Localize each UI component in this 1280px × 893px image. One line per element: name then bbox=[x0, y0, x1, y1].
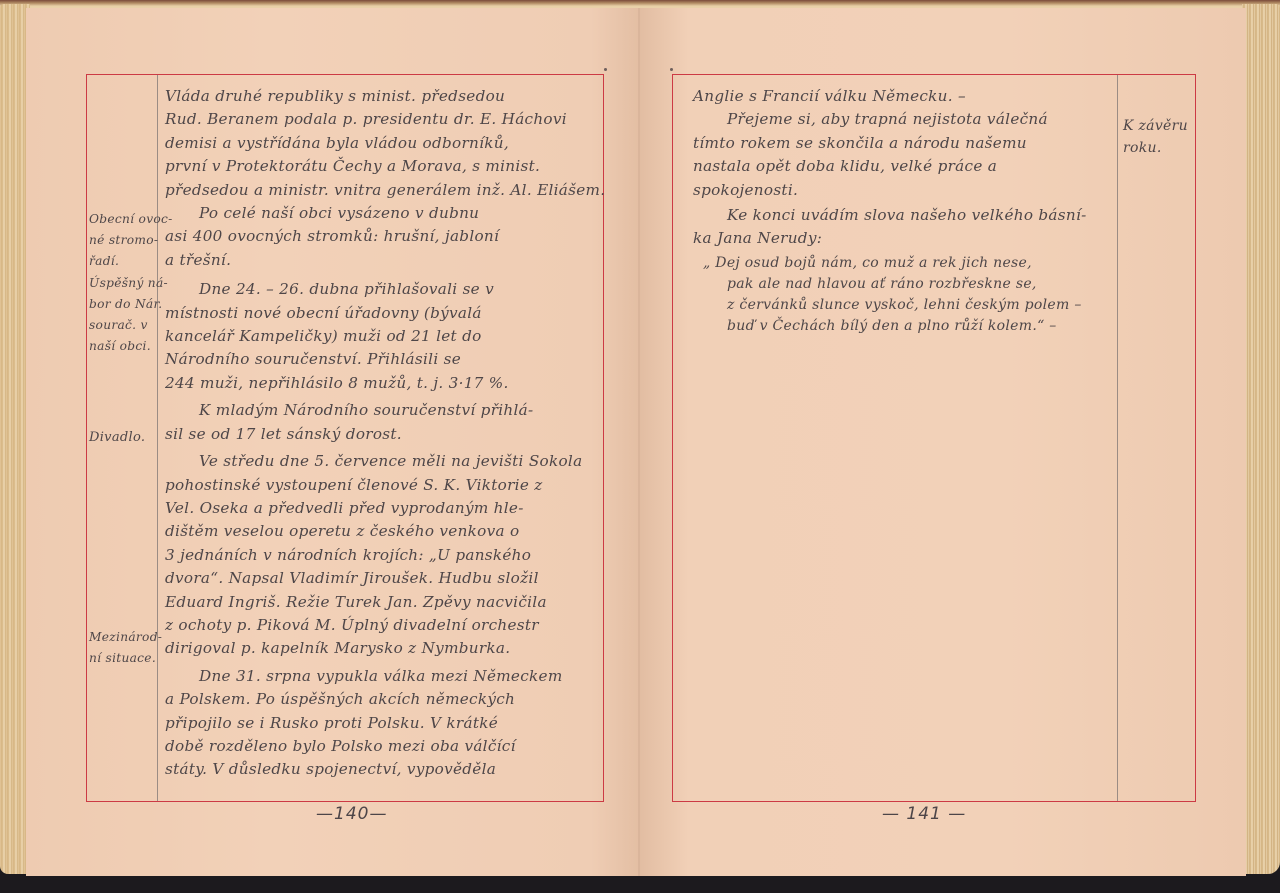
text-line: Ke konci uvádím slova našeho velkého bás… bbox=[693, 204, 1117, 227]
text-line: Vel. Oseka a předvedli před vyprodaným h… bbox=[165, 497, 605, 520]
text-line: Eduard Ingriš. Režie Turek Jan. Zpěvy na… bbox=[165, 591, 605, 614]
text-line: asi 400 ovocných stromků: hrušní, jablon… bbox=[165, 225, 605, 248]
text-line: Přejeme si, aby trapná nejistota válečná bbox=[693, 108, 1117, 131]
left-page-red-frame: Obecní ovoc- né stromo- řadí. Úspěšný ná… bbox=[86, 74, 604, 802]
text-line: Anglie s Francií válku Německu. – bbox=[693, 85, 1117, 108]
text-line: K mladým Národního souručenství přihlá- bbox=[165, 399, 605, 422]
margin-note-international-situation: Mezinárod- ní situace. bbox=[89, 627, 162, 669]
text-line: sil se od 17 let sánský dorost. bbox=[165, 423, 605, 446]
poem-line: z červánků slunce vyskoč, lehni českým p… bbox=[693, 295, 1117, 316]
right-page-body-text: Anglie s Francií válku Německu. – Přejem… bbox=[693, 85, 1117, 337]
left-page-body-text: Vláda druhé republiky s minist. předsedo… bbox=[165, 85, 605, 782]
text-line: nastala opět doba klidu, velké práce a bbox=[693, 155, 1117, 178]
margin-note-year-end: K závěru roku. bbox=[1123, 115, 1188, 159]
poem-line: „ Dej osud bojů nám, co muž a rek jich n… bbox=[693, 253, 1117, 274]
ink-dot bbox=[604, 68, 607, 71]
text-line: době rozděleno bylo Polsko mezi oba válč… bbox=[165, 735, 605, 758]
text-line: demisi a vystřídána byla vládou odborník… bbox=[165, 132, 605, 155]
text-line: 3 jednáních v národních krojích: „U pans… bbox=[165, 544, 605, 567]
text-line: Rud. Beranem podala p. presidentu dr. E.… bbox=[165, 108, 605, 131]
text-line: dvora“. Napsal Vladimír Jiroušek. Hudbu … bbox=[165, 567, 605, 590]
text-line: ka Jana Nerudy: bbox=[693, 227, 1117, 250]
poem-line: pak ale nad hlavou ať ráno rozbřeskne se… bbox=[693, 274, 1117, 295]
book-right-page-edges bbox=[1242, 4, 1280, 874]
ink-dot bbox=[670, 68, 673, 71]
text-line: z ochoty p. Piková M. Úplný divadelní or… bbox=[165, 614, 605, 637]
page-number-141: — 141 — bbox=[882, 804, 966, 824]
text-line: Vláda druhé republiky s minist. předsedo… bbox=[165, 85, 605, 108]
text-line: Ve středu dne 5. července měli na jevišt… bbox=[165, 450, 605, 473]
text-line: a třešní. bbox=[165, 249, 605, 272]
right-page: K závěru roku. Anglie s Francií válku Ně… bbox=[640, 8, 1246, 876]
text-line: státy. V důsledku spojenectví, vypověděl… bbox=[165, 758, 605, 781]
margin-note-fruit-trees: Obecní ovoc- né stromo- řadí. bbox=[89, 209, 173, 272]
left-page: Obecní ovoc- né stromo- řadí. Úspěšný ná… bbox=[26, 8, 640, 876]
text-line: 244 muži, nepřihlásilo 8 mužů, t. j. 3·1… bbox=[165, 372, 605, 395]
text-line: dištěm veselou operetu z českého venkova… bbox=[165, 520, 605, 543]
text-line: tímto rokem se skončila a národu našemu bbox=[693, 132, 1117, 155]
text-line: připojilo se i Rusko proti Polsku. V krá… bbox=[165, 712, 605, 735]
margin-note-theatre: Divadlo. bbox=[89, 427, 145, 448]
margin-note-recruitment: Úspěšný ná- bor do Nár. sourač. v naší o… bbox=[89, 273, 168, 357]
text-line: kancelář Kampeličky) muži od 21 let do bbox=[165, 325, 605, 348]
text-line: Národního souručenství. Přihlásili se bbox=[165, 348, 605, 371]
right-margin-rule bbox=[1117, 75, 1118, 801]
text-line: Dne 24. – 26. dubna přihlašovali se v bbox=[165, 278, 605, 301]
text-line: pohostinské vystoupení členové S. K. Vik… bbox=[165, 474, 605, 497]
left-margin-rule bbox=[157, 75, 158, 801]
open-book: Obecní ovoc- né stromo- řadí. Úspěšný ná… bbox=[0, 0, 1280, 878]
poem-line: buď v Čechách bílý den a plno růží kolem… bbox=[693, 316, 1117, 337]
text-line: první v Protektorátu Čechy a Morava, s m… bbox=[165, 155, 605, 178]
text-line: Dne 31. srpna vypukla válka mezi Německe… bbox=[165, 665, 605, 688]
text-line: předsedou a ministr. vnitra generálem in… bbox=[165, 179, 605, 202]
text-line: spokojenosti. bbox=[693, 179, 1117, 202]
page-number-140: —140— bbox=[316, 804, 387, 824]
right-page-red-frame: K závěru roku. Anglie s Francií válku Ně… bbox=[672, 74, 1196, 802]
text-line: místnosti nové obecní úřadovny (bývalá bbox=[165, 302, 605, 325]
text-line: dirigoval p. kapelník Marysko z Nymburka… bbox=[165, 637, 605, 660]
text-line: Po celé naší obci vysázeno v dubnu bbox=[165, 202, 605, 225]
text-line: a Polskem. Po úspěšných akcích německých bbox=[165, 688, 605, 711]
